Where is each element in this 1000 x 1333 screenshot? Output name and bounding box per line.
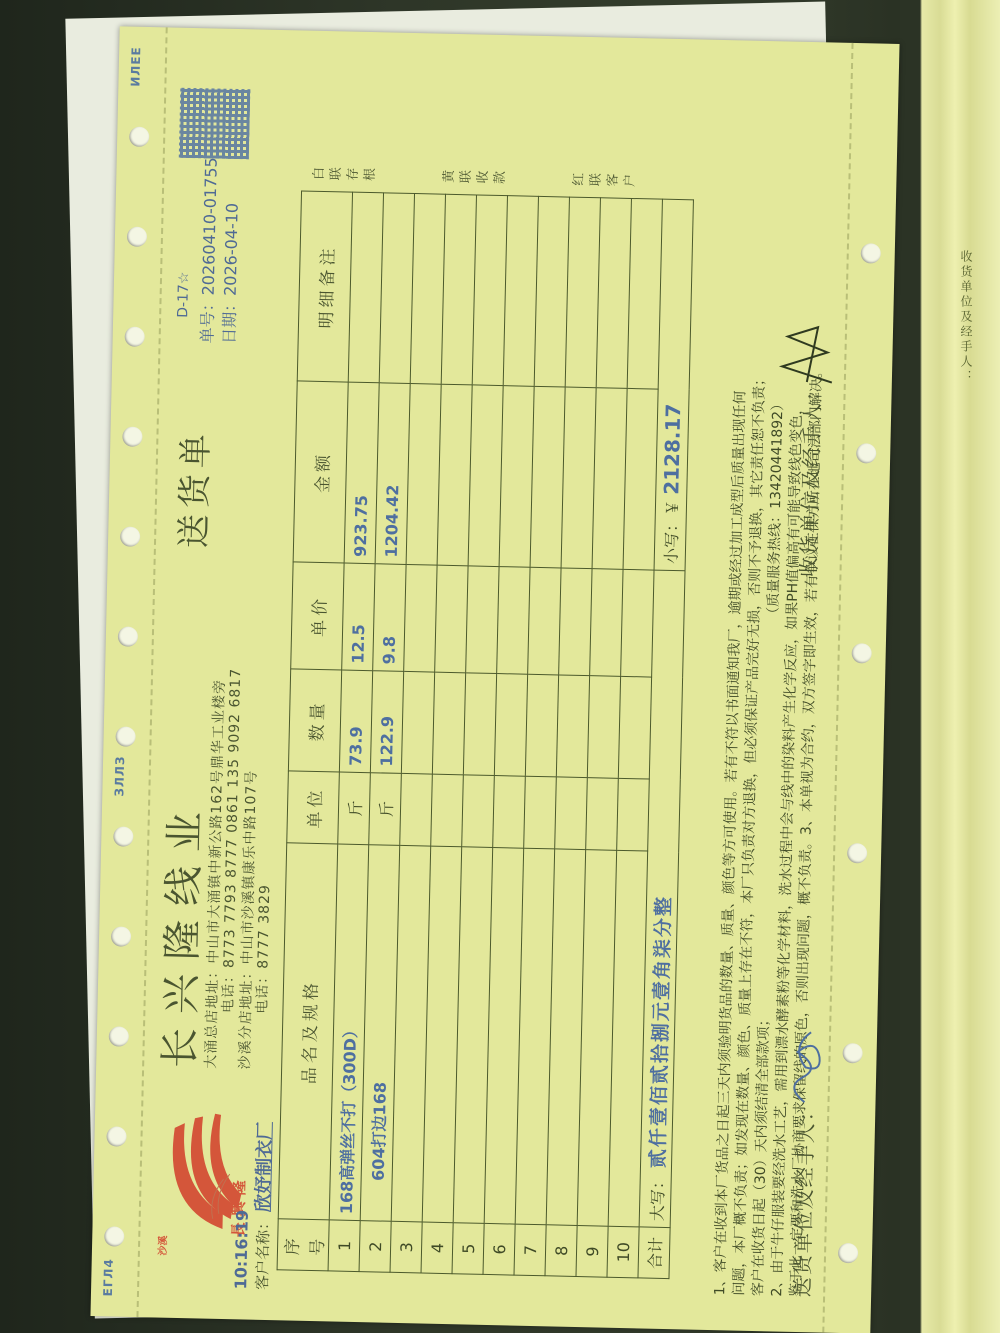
document-date: 日期：2026-04-10 [217, 203, 243, 344]
row-note [410, 194, 445, 385]
row-price [590, 569, 623, 677]
feed-hole [120, 526, 140, 546]
feed-hole [847, 843, 867, 863]
row-note [503, 196, 538, 387]
row-unit [586, 778, 619, 851]
feed-hole [109, 1026, 129, 1046]
row-qty [556, 675, 589, 778]
sender-signature-icon [784, 1027, 826, 1108]
row-no: 6 [483, 1224, 515, 1275]
row-unit [493, 775, 526, 848]
row-unit [431, 774, 464, 847]
row-qty [618, 676, 651, 779]
form-code: D-17☆ [175, 271, 192, 318]
edge-stamp: ЕГЛ4 [101, 1258, 116, 1296]
edge-stamp: ИЛЕЕ [128, 46, 143, 87]
row-unit [617, 778, 650, 851]
row-no: 7 [514, 1224, 546, 1275]
copy-label-yellow: 黄联收款 [441, 169, 551, 190]
row-unit: 斤 [338, 772, 371, 845]
feed-hole [106, 1126, 126, 1146]
header-no: 序号 [277, 1219, 329, 1271]
row-price: 9.8 [373, 564, 406, 672]
delivery-note-sheet: ЕГЛ4 ЗЛЛЗ ИЛЕЕ 沙溪 長興隆 长兴隆线业 送货单 大涌总店地址：中… [90, 26, 899, 1333]
edge-stamp: ЗЛЛЗ [112, 755, 127, 796]
row-qty: 73.9 [339, 670, 372, 773]
header-unit: 单位 [287, 771, 340, 844]
feed-hole [127, 227, 147, 247]
document-title: 送货单 [166, 428, 218, 549]
document-date-value: 2026-04-10 [221, 203, 242, 296]
row-unit [400, 773, 433, 846]
row-no: 1 [328, 1220, 360, 1271]
row-qty: 122.9 [370, 671, 403, 774]
feed-hole [111, 926, 131, 946]
logo-tag: 沙溪 [154, 1235, 169, 1255]
row-amount [561, 387, 596, 569]
row-price [497, 566, 530, 674]
row-amount [406, 383, 441, 565]
row-note [565, 197, 600, 388]
row-note [441, 194, 476, 385]
row-unit [462, 775, 495, 848]
row-no: 5 [452, 1223, 484, 1274]
qr-code-icon [179, 88, 251, 160]
sender-signature-label: 送货单位及经手人： [790, 1099, 818, 1297]
row-qty [494, 673, 527, 776]
xiaoxie-value: 2128.17 [659, 403, 685, 495]
header-qty: 数量 [288, 669, 341, 772]
paper-stack-text: 收货单位及经手人： [958, 250, 975, 385]
header-amount: 金额 [293, 381, 348, 563]
customer-label: 客户名称： [251, 1215, 274, 1290]
row-no: 8 [545, 1225, 577, 1276]
items-table: 序号 品名及规格 单位 数量 单价 金额 明细备注 1 168高弹丝不打（300… [277, 190, 694, 1279]
phone-branch-label: 电话： [254, 969, 271, 1014]
row-no: 4 [421, 1222, 453, 1273]
row-note [472, 195, 507, 386]
row-price [528, 567, 561, 675]
header-price: 单价 [291, 562, 344, 670]
phone-branch: 电话：8777 3829 [251, 884, 274, 1014]
row-no: 10 [607, 1227, 639, 1278]
header-note: 明细备注 [297, 191, 352, 382]
row-qty [587, 675, 620, 778]
feed-hole [124, 327, 144, 347]
feed-hole [122, 426, 142, 446]
row-note [379, 193, 414, 384]
receiver-signature-label: 收货单位及经手人： [792, 379, 825, 578]
total-label: 合计 [638, 1227, 670, 1278]
row-no: 2 [359, 1221, 391, 1272]
row-qty [401, 671, 434, 774]
row-amount [592, 388, 627, 570]
row-qty [525, 674, 558, 777]
paper-stack [900, 0, 1000, 1333]
phone-branch-value: 8777 3829 [255, 884, 273, 969]
header-name: 品名及规格 [278, 843, 338, 1220]
delivery-note: ЕГЛ4 ЗЛЛЗ ИЛЕЕ 沙溪 長興隆 长兴隆线业 送货单 大涌总店地址：中… [90, 26, 899, 1333]
row-unit: 斤 [369, 773, 402, 846]
feed-hole [838, 1243, 858, 1263]
feed-hole [115, 726, 135, 746]
feed-hole [842, 1043, 862, 1063]
receiver-signature-icon [777, 321, 839, 392]
document-date-label: 日期： [220, 296, 240, 344]
copy-label-white: 白联存根 [311, 166, 421, 187]
feed-hole [861, 243, 881, 263]
row-amount [437, 384, 472, 566]
row-unit [524, 776, 557, 849]
feed-hole [856, 443, 876, 463]
copy-labels: 白联存根 黄联收款 红联客户 [311, 155, 702, 194]
feed-hole [118, 626, 138, 646]
row-amount [468, 385, 503, 567]
row-price [559, 568, 592, 676]
row-price [404, 564, 437, 672]
feed-hole [104, 1226, 124, 1246]
row-amount [623, 388, 658, 570]
feed-hole [129, 127, 149, 147]
row-price [435, 565, 468, 673]
row-qty [463, 673, 496, 776]
copy-label-red: 红联客户 [571, 172, 681, 193]
daxie-value: 贰仟壹佰贰拾捌元壹角柒分整 [646, 895, 674, 1168]
feed-hole [851, 643, 871, 663]
row-price: 12.5 [342, 563, 375, 671]
row-price [621, 569, 654, 677]
row-note [348, 192, 383, 383]
row-no: 9 [576, 1226, 608, 1277]
row-amount [499, 385, 534, 567]
print-time: 10:16:19 [231, 1210, 252, 1290]
row-note [627, 198, 662, 389]
row-qty [432, 672, 465, 775]
row-price [466, 566, 499, 674]
row-amount: 1204.42 [375, 383, 410, 565]
row-unit [555, 777, 588, 850]
row-amount: 923.75 [344, 382, 379, 564]
row-note [596, 198, 631, 389]
row-note [534, 196, 569, 387]
xiaoxie-label: 小写：￥ [662, 500, 682, 564]
row-no: 3 [390, 1222, 422, 1273]
document-number-label: 单号： [198, 295, 218, 343]
row-amount [530, 386, 565, 568]
feed-hole [113, 826, 133, 846]
customer-name: 欣妤制衣厂 [249, 1122, 277, 1213]
daxie-label: 大写： [647, 1173, 667, 1221]
